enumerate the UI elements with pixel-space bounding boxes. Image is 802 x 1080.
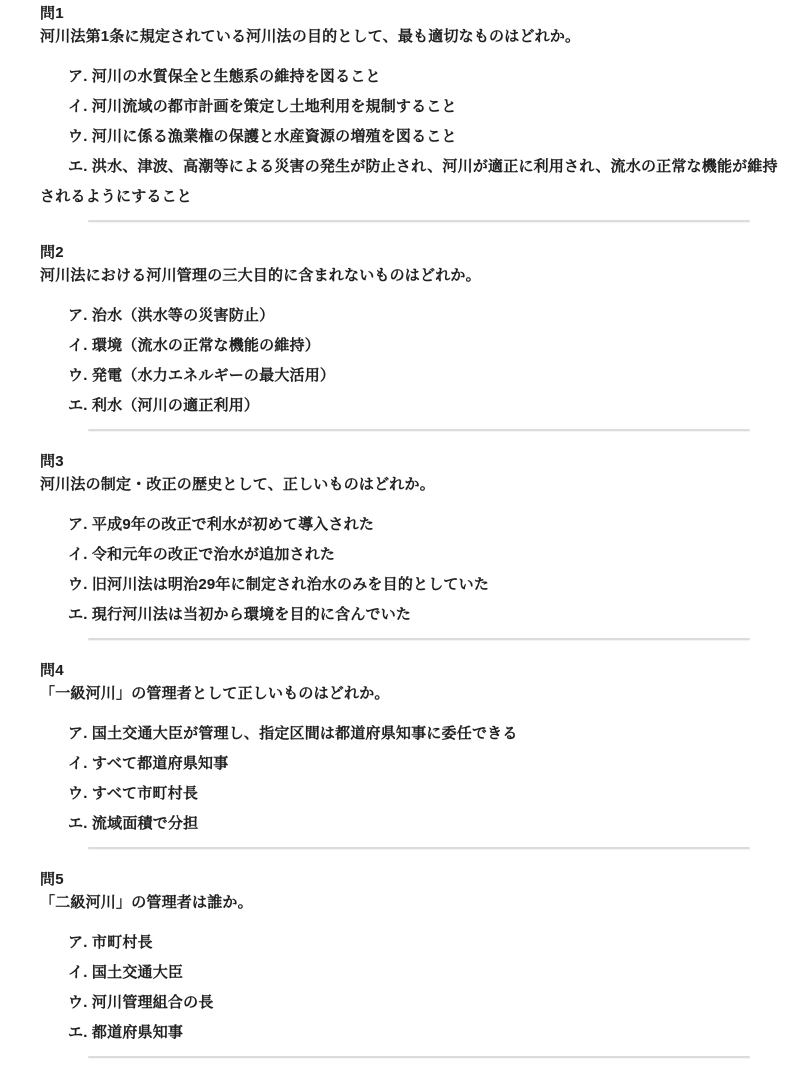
options-list: ア. 治水（洪水等の災害防止） イ. 環境（流水の正常な機能の維持） ウ. 発電… bbox=[40, 301, 788, 421]
question-section-2: 問2 河川法における河川管理の三大目的に含まれないものはどれか。 ア. 治水（洪… bbox=[40, 222, 788, 431]
question-number: 問1 bbox=[40, 2, 788, 25]
question-option: イ. 河川流域の都市計画を策定し土地利用を規制すること bbox=[40, 92, 788, 122]
question-option: エ. 現行河川法は当初から環境を目的に含んでいた bbox=[40, 600, 788, 630]
question-option: ウ. すべて市町村長 bbox=[40, 779, 788, 809]
question-option: イ. すべて都道府県知事 bbox=[40, 749, 788, 779]
question-section-1: 問1 河川法第1条に規定されている河川法の目的として、最も適切なものはどれか。 … bbox=[40, 2, 788, 222]
question-section-3: 問3 河川法の制定・改正の歴史として、正しいものはどれか。 ア. 平成9年の改正… bbox=[40, 431, 788, 640]
options-list: ア. 河川の水質保全と生態系の維持を図ること イ. 河川流域の都市計画を策定し土… bbox=[40, 62, 788, 212]
question-option: ア. 河川の水質保全と生態系の維持を図ること bbox=[40, 62, 788, 92]
question-option: エ. 洪水、津波、高潮等による災害の発生が防止され、河川が適正に利用され、流水の… bbox=[40, 152, 788, 212]
question-option: エ. 利水（河川の適正利用） bbox=[40, 391, 788, 421]
options-list: ア. 市町村長 イ. 国土交通大臣 ウ. 河川管理組合の長 エ. 都道府県知事 bbox=[40, 928, 788, 1048]
question-section-5: 問5 「二級河川」の管理者は誰か。 ア. 市町村長 イ. 国土交通大臣 ウ. 河… bbox=[40, 849, 788, 1058]
options-list: ア. 平成9年の改正で利水が初めて導入された イ. 令和元年の改正で治水が追加さ… bbox=[40, 510, 788, 630]
exam-document-page: 問1 河川法第1条に規定されている河川法の目的として、最も適切なものはどれか。 … bbox=[0, 0, 802, 1058]
question-option: ア. 市町村長 bbox=[40, 928, 788, 958]
options-list: ア. 国土交通大臣が管理し、指定区間は都道府県知事に委任できる イ. すべて都道… bbox=[40, 719, 788, 839]
question-option: ウ. 河川に係る漁業権の保護と水産資源の増殖を図ること bbox=[40, 122, 788, 152]
question-number: 問3 bbox=[40, 450, 788, 473]
question-option: ウ. 旧河川法は明治29年に制定され治水のみを目的としていた bbox=[40, 570, 788, 600]
question-text: 「二級河川」の管理者は誰か。 bbox=[40, 891, 788, 914]
question-text: 「一級河川」の管理者として正しいものはどれか。 bbox=[40, 682, 788, 705]
question-option: エ. 流域面積で分担 bbox=[40, 809, 788, 839]
section-divider bbox=[88, 1056, 750, 1058]
question-text: 河川法第1条に規定されている河川法の目的として、最も適切なものはどれか。 bbox=[40, 25, 788, 48]
question-text: 河川法の制定・改正の歴史として、正しいものはどれか。 bbox=[40, 473, 788, 496]
question-text: 河川法における河川管理の三大目的に含まれないものはどれか。 bbox=[40, 264, 788, 287]
question-number: 問2 bbox=[40, 241, 788, 264]
question-number: 問4 bbox=[40, 659, 788, 682]
question-option: ア. 国土交通大臣が管理し、指定区間は都道府県知事に委任できる bbox=[40, 719, 788, 749]
question-option: ア. 平成9年の改正で利水が初めて導入された bbox=[40, 510, 788, 540]
question-option: ウ. 発電（水力エネルギーの最大活用） bbox=[40, 361, 788, 391]
question-option: イ. 環境（流水の正常な機能の維持） bbox=[40, 331, 788, 361]
question-option: イ. 国土交通大臣 bbox=[40, 958, 788, 988]
question-section-4: 問4 「一級河川」の管理者として正しいものはどれか。 ア. 国土交通大臣が管理し… bbox=[40, 640, 788, 849]
question-option: イ. 令和元年の改正で治水が追加された bbox=[40, 540, 788, 570]
question-option: ア. 治水（洪水等の災害防止） bbox=[40, 301, 788, 331]
question-number: 問5 bbox=[40, 868, 788, 891]
question-option: エ. 都道府県知事 bbox=[40, 1018, 788, 1048]
question-option: ウ. 河川管理組合の長 bbox=[40, 988, 788, 1018]
